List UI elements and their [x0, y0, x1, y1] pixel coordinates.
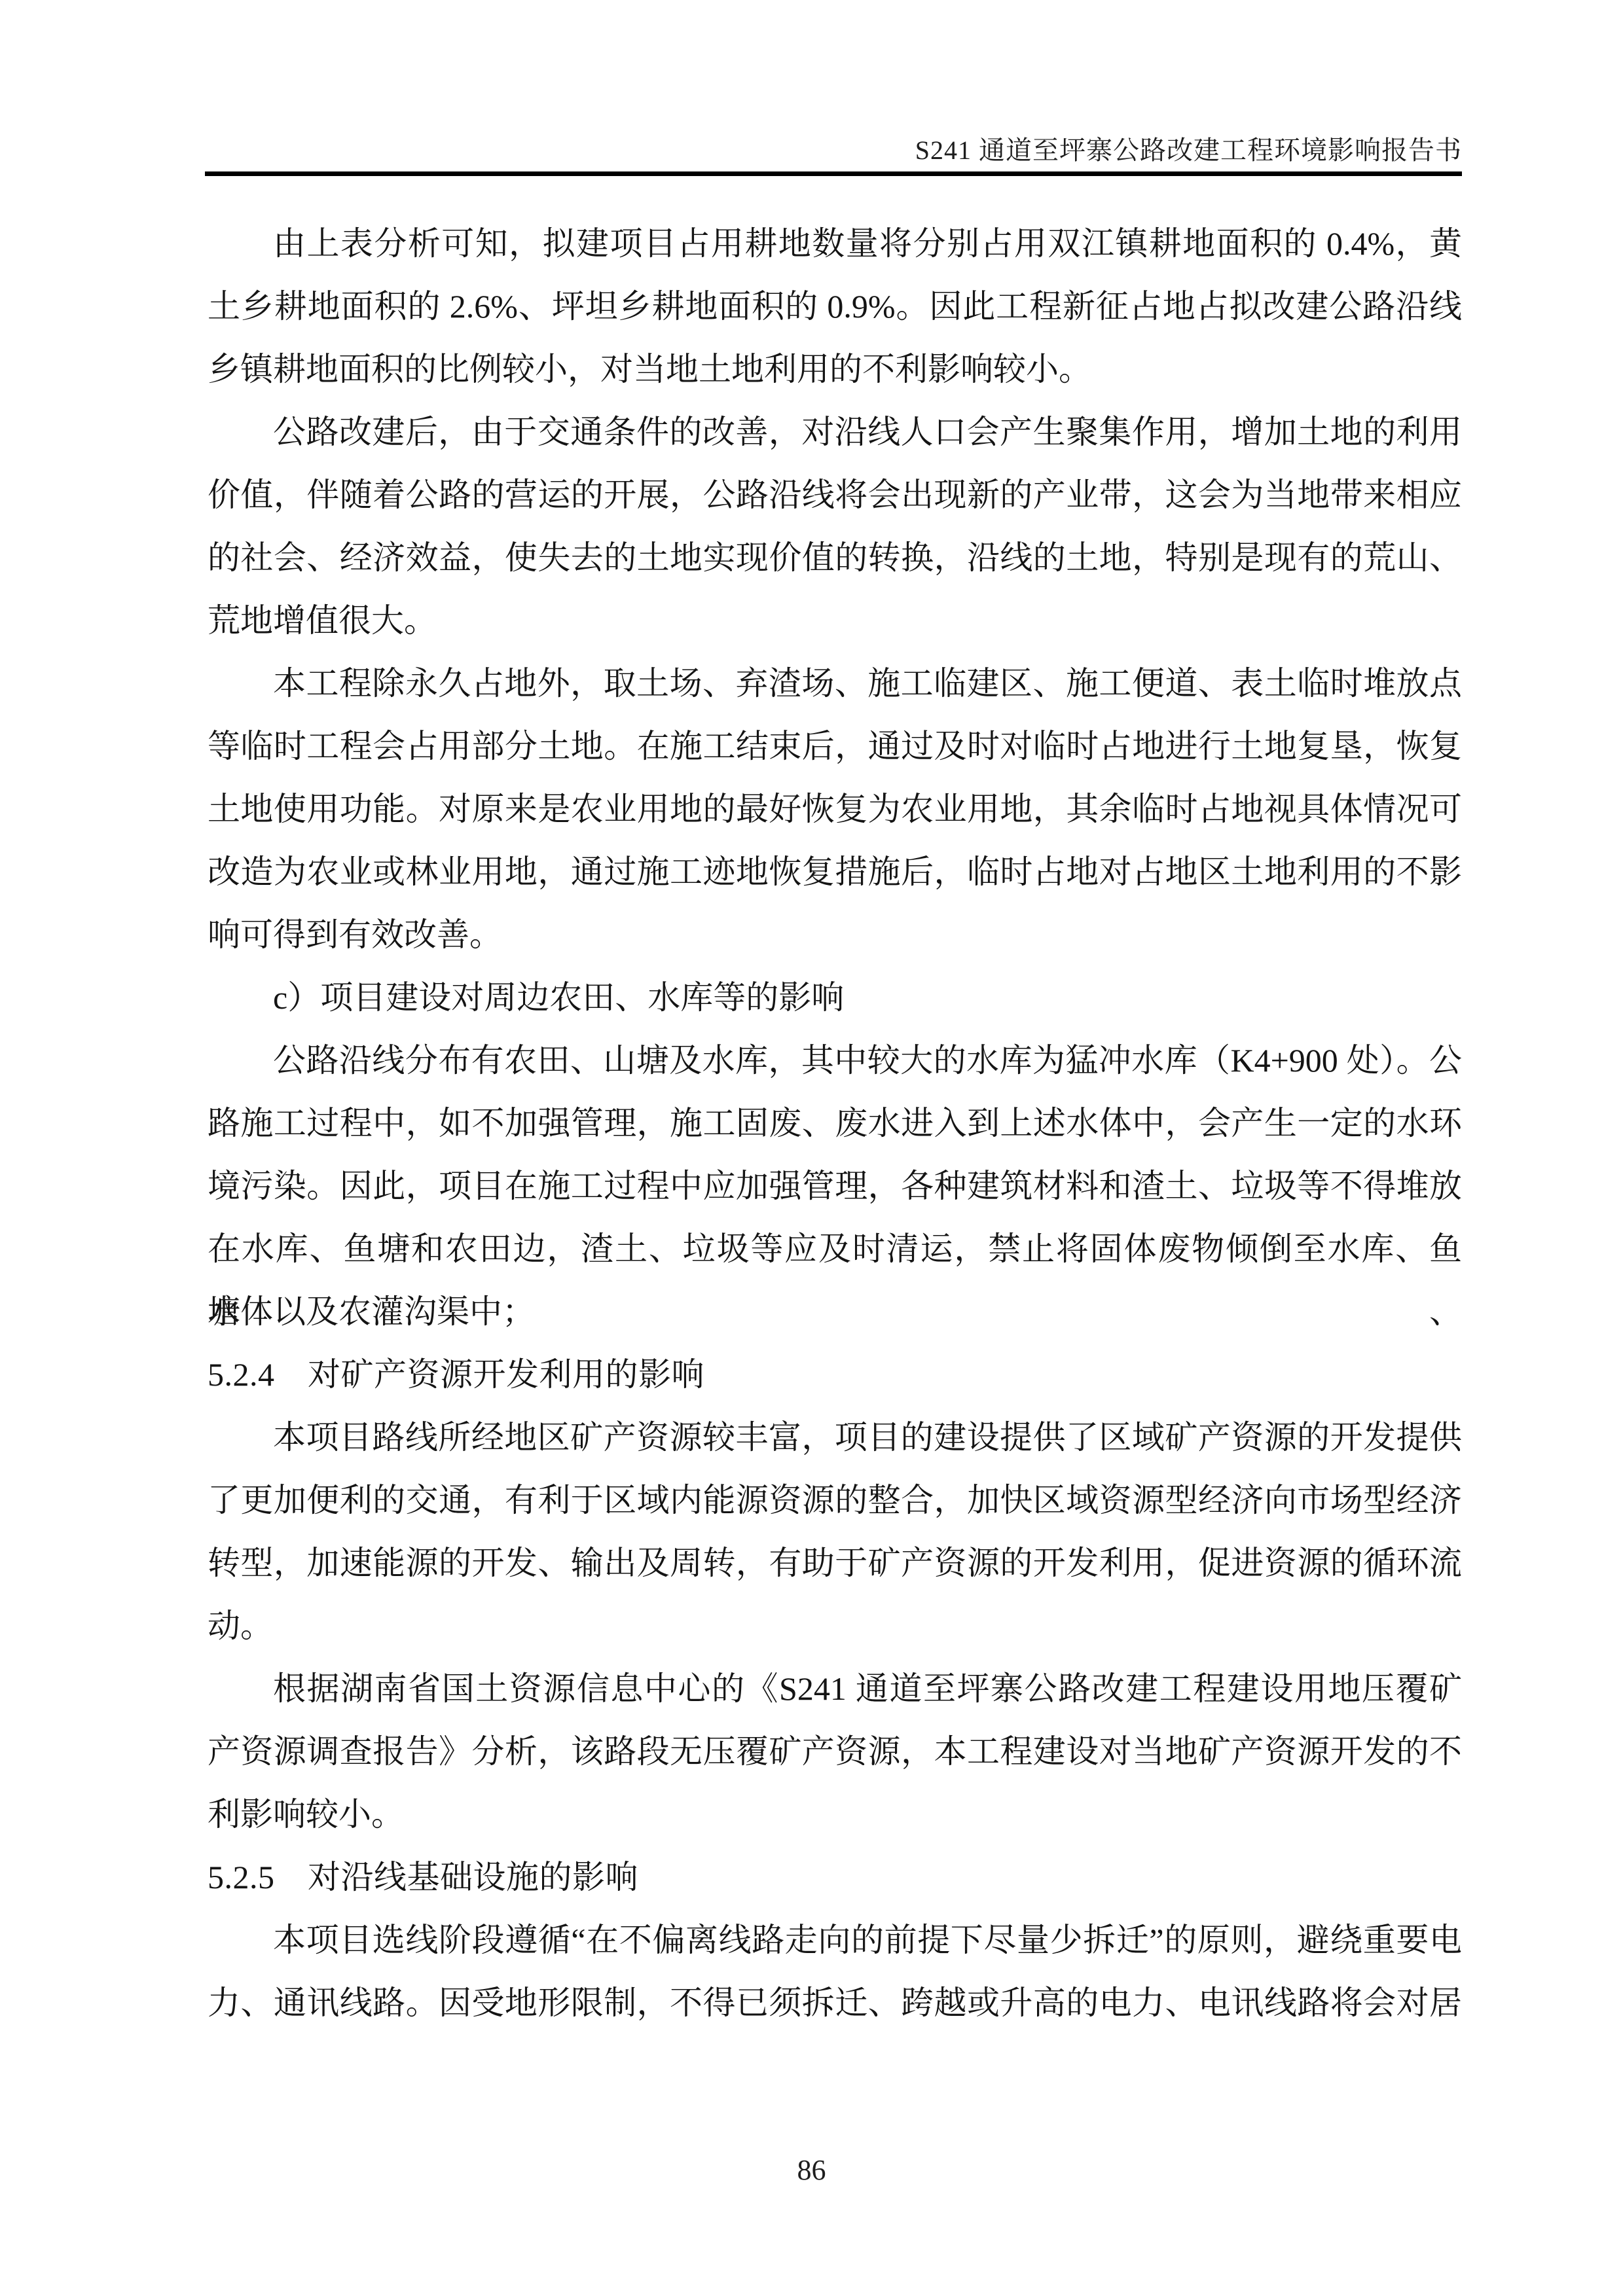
text-line: 转型，加速能源的开发、输出及周转，有助于矿产资源的开发利用，促进资源的循环流	[208, 1532, 1462, 1594]
text-line: 产资源调查报告》分析，该路段无压覆矿产资源，本工程建设对当地矿产资源开发的不	[208, 1720, 1462, 1783]
text-line: 在水库、鱼塘和农田边，渣土、垃圾等应及时清运，禁止将固体废物倾倒至水库、鱼塘、	[208, 1217, 1462, 1280]
text-line: 动。	[208, 1594, 1462, 1657]
text-line: 路施工过程中，如不加强管理，施工固废、废水进入到上述水体中，会产生一定的水环	[208, 1092, 1462, 1155]
document-page: S241 通道至坪寨公路改建工程环境影响报告书 由上表分析可知，拟建项目占用耕地…	[0, 0, 1623, 2296]
section-heading: 5.2.4 对矿产资源开发利用的影响	[208, 1343, 1462, 1406]
header-rule-divider	[205, 171, 1462, 176]
text-line: 本工程除永久占地外，取土场、弃渣场、施工临建区、施工便道、表土临时堆放点	[208, 652, 1462, 715]
text-line: 根据湖南省国土资源信息中心的《S241 通道至坪寨公路改建工程建设用地压覆矿	[208, 1657, 1462, 1720]
text-line: 土地使用功能。对原来是农业用地的最好恢复为农业用地，其余临时占地视具体情况可	[208, 778, 1462, 840]
text-line: 响可得到有效改善。	[208, 903, 1462, 966]
text-line: 利影响较小。	[208, 1783, 1462, 1846]
text-line: 价值，伴随着公路的营运的开展，公路沿线将会出现新的产业带，这会为当地带来相应	[208, 463, 1462, 526]
section-heading: 5.2.5 对沿线基础设施的影响	[208, 1846, 1462, 1909]
text-line: 由上表分析可知，拟建项目占用耕地数量将分别占用双江镇耕地面积的 0.4%，黄	[208, 212, 1462, 275]
text-line: 公路沿线分布有农田、山塘及水库，其中较大的水库为猛冲水库（K4+900 处）。公	[208, 1029, 1462, 1092]
text-line: 本项目路线所经地区矿产资源较丰富，项目的建设提供了区域矿产资源的开发提供	[208, 1406, 1462, 1469]
text-line: c）项目建设对周边农田、水库等的影响	[208, 966, 1462, 1029]
text-line: 公路改建后，由于交通条件的改善，对沿线人口会产生聚集作用，增加土地的利用	[208, 401, 1462, 463]
page-header-title: S241 通道至坪寨公路改建工程环境影响报告书	[915, 134, 1462, 168]
text-line: 了更加便利的交通，有利于区域内能源资源的整合，加快区域资源型经济向市场型经济	[208, 1469, 1462, 1532]
text-line: 土乡耕地面积的 2.6%、坪坦乡耕地面积的 0.9%。因此工程新征占地占拟改建公…	[208, 275, 1462, 338]
body-text: 由上表分析可知，拟建项目占用耕地数量将分别占用双江镇耕地面积的 0.4%，黄土乡…	[208, 212, 1462, 2034]
text-line: 改造为农业或林业用地，通过施工迹地恢复措施后，临时占地对占地区土地利用的不影	[208, 840, 1462, 903]
text-line: 力、通讯线路。因受地形限制，不得已须拆迁、跨越或升高的电力、电讯线路将会对居	[208, 1971, 1462, 2034]
text-line: 境污染。因此，项目在施工过程中应加强管理，各种建筑材料和渣土、垃圾等不得堆放	[208, 1155, 1462, 1217]
text-line: 本项目选线阶段遵循“在不偏离线路走向的前提下尽量少拆迁”的原则，避绕重要电	[208, 1909, 1462, 1971]
text-line: 的社会、经济效益，使失去的土地实现价值的转换，沿线的土地，特别是现有的荒山、	[208, 526, 1462, 589]
text-line: 乡镇耕地面积的比例较小，对当地土地利用的不利影响较小。	[208, 338, 1462, 401]
text-line: 等临时工程会占用部分土地。在施工结束后，通过及时对临时占地进行土地复垦，恢复	[208, 715, 1462, 778]
page-number: 86	[0, 2152, 1623, 2189]
text-line: 荒地增值很大。	[208, 589, 1462, 652]
